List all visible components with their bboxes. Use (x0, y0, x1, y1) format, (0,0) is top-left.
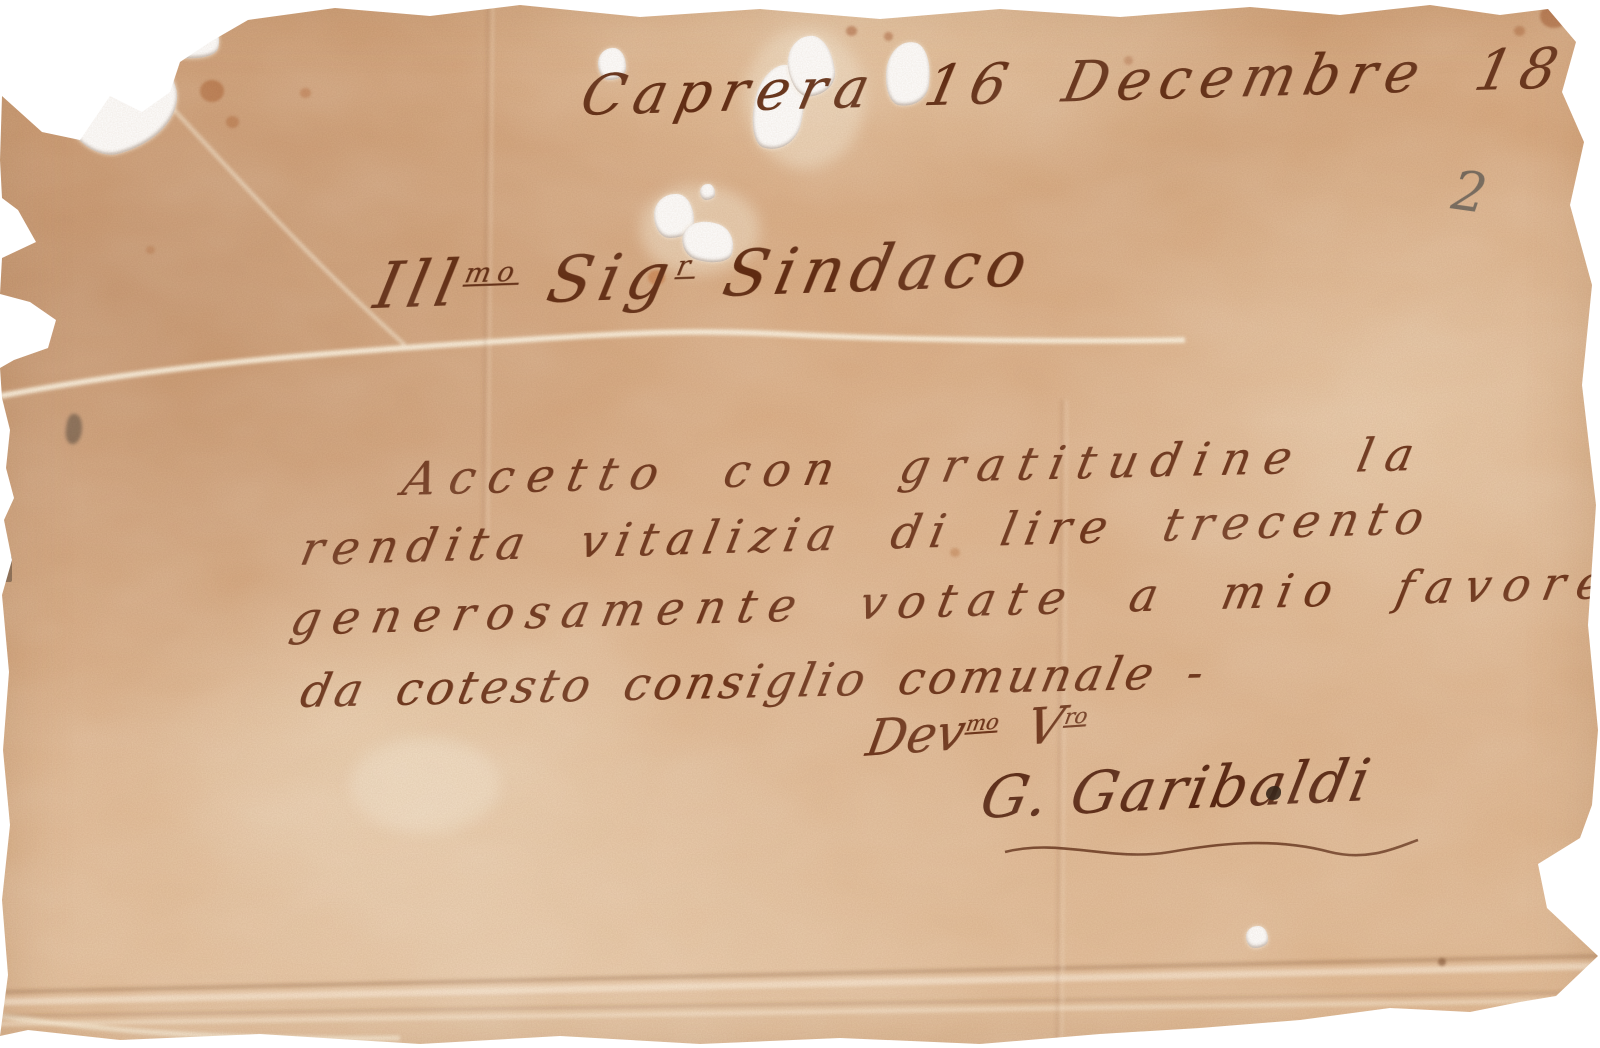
crease-bottom-curve (0, 1016, 400, 1039)
fold-light-a (0, 966, 1600, 1002)
fold-light-b (0, 1000, 1600, 1024)
date-line: Caprera 16 Decembre 1874 (575, 34, 1600, 129)
foxing-spot (300, 88, 311, 98)
foxing-spot (146, 246, 155, 254)
valediction-superscript: mo (964, 710, 1001, 737)
salutation-line: IllmoSigrSindaco (368, 226, 1041, 324)
torn-edge-fragment (1, 27, 38, 59)
fold-shadow-a (0, 956, 1600, 992)
foxing-spot (884, 32, 893, 41)
foxing-spot (200, 80, 224, 102)
foxing-spot (1514, 26, 1525, 36)
salutation-name: Sindaco (717, 226, 1041, 311)
signature-flourish (1005, 840, 1418, 855)
foxing-spot (1580, 42, 1595, 56)
worn-patch (350, 738, 500, 833)
valediction-abbrev: Dev (862, 702, 970, 768)
salutation-title: Sig (541, 239, 683, 318)
salutation-abbrev: Ill (368, 246, 471, 324)
fold-shadow-b (0, 992, 1600, 1016)
torn-edge-fragment (0, 556, 12, 582)
foxing-spot (1438, 958, 1446, 966)
tear-hole-topleft (145, 6, 224, 64)
pencil-smudge (64, 413, 84, 445)
valediction-superscript: ro (1063, 703, 1090, 729)
scan-background: Caprera 16 Decembre 1874 2 IllmoSigrSind… (0, 0, 1600, 1048)
foxing-spot (846, 26, 857, 36)
torn-edge-fragment (192, 24, 225, 40)
tear-hole-topleft (38, 9, 190, 167)
crease-topleft (165, 100, 405, 345)
valediction-abbrev2: V (1022, 695, 1068, 756)
foxing-spot (1540, 4, 1568, 28)
pin-hole (1246, 926, 1268, 948)
crease-main-diagonal (0, 332, 1185, 396)
signature: G. Garibaldi (975, 746, 1379, 832)
salutation-superscript: mo (462, 256, 524, 289)
tear-hole-mid (700, 184, 715, 200)
foxing-spot (226, 116, 239, 128)
paper-sheet: Caprera 16 Decembre 1874 2 IllmoSigrSind… (0, 0, 1600, 1048)
page-number-pencil: 2 (1448, 159, 1491, 226)
